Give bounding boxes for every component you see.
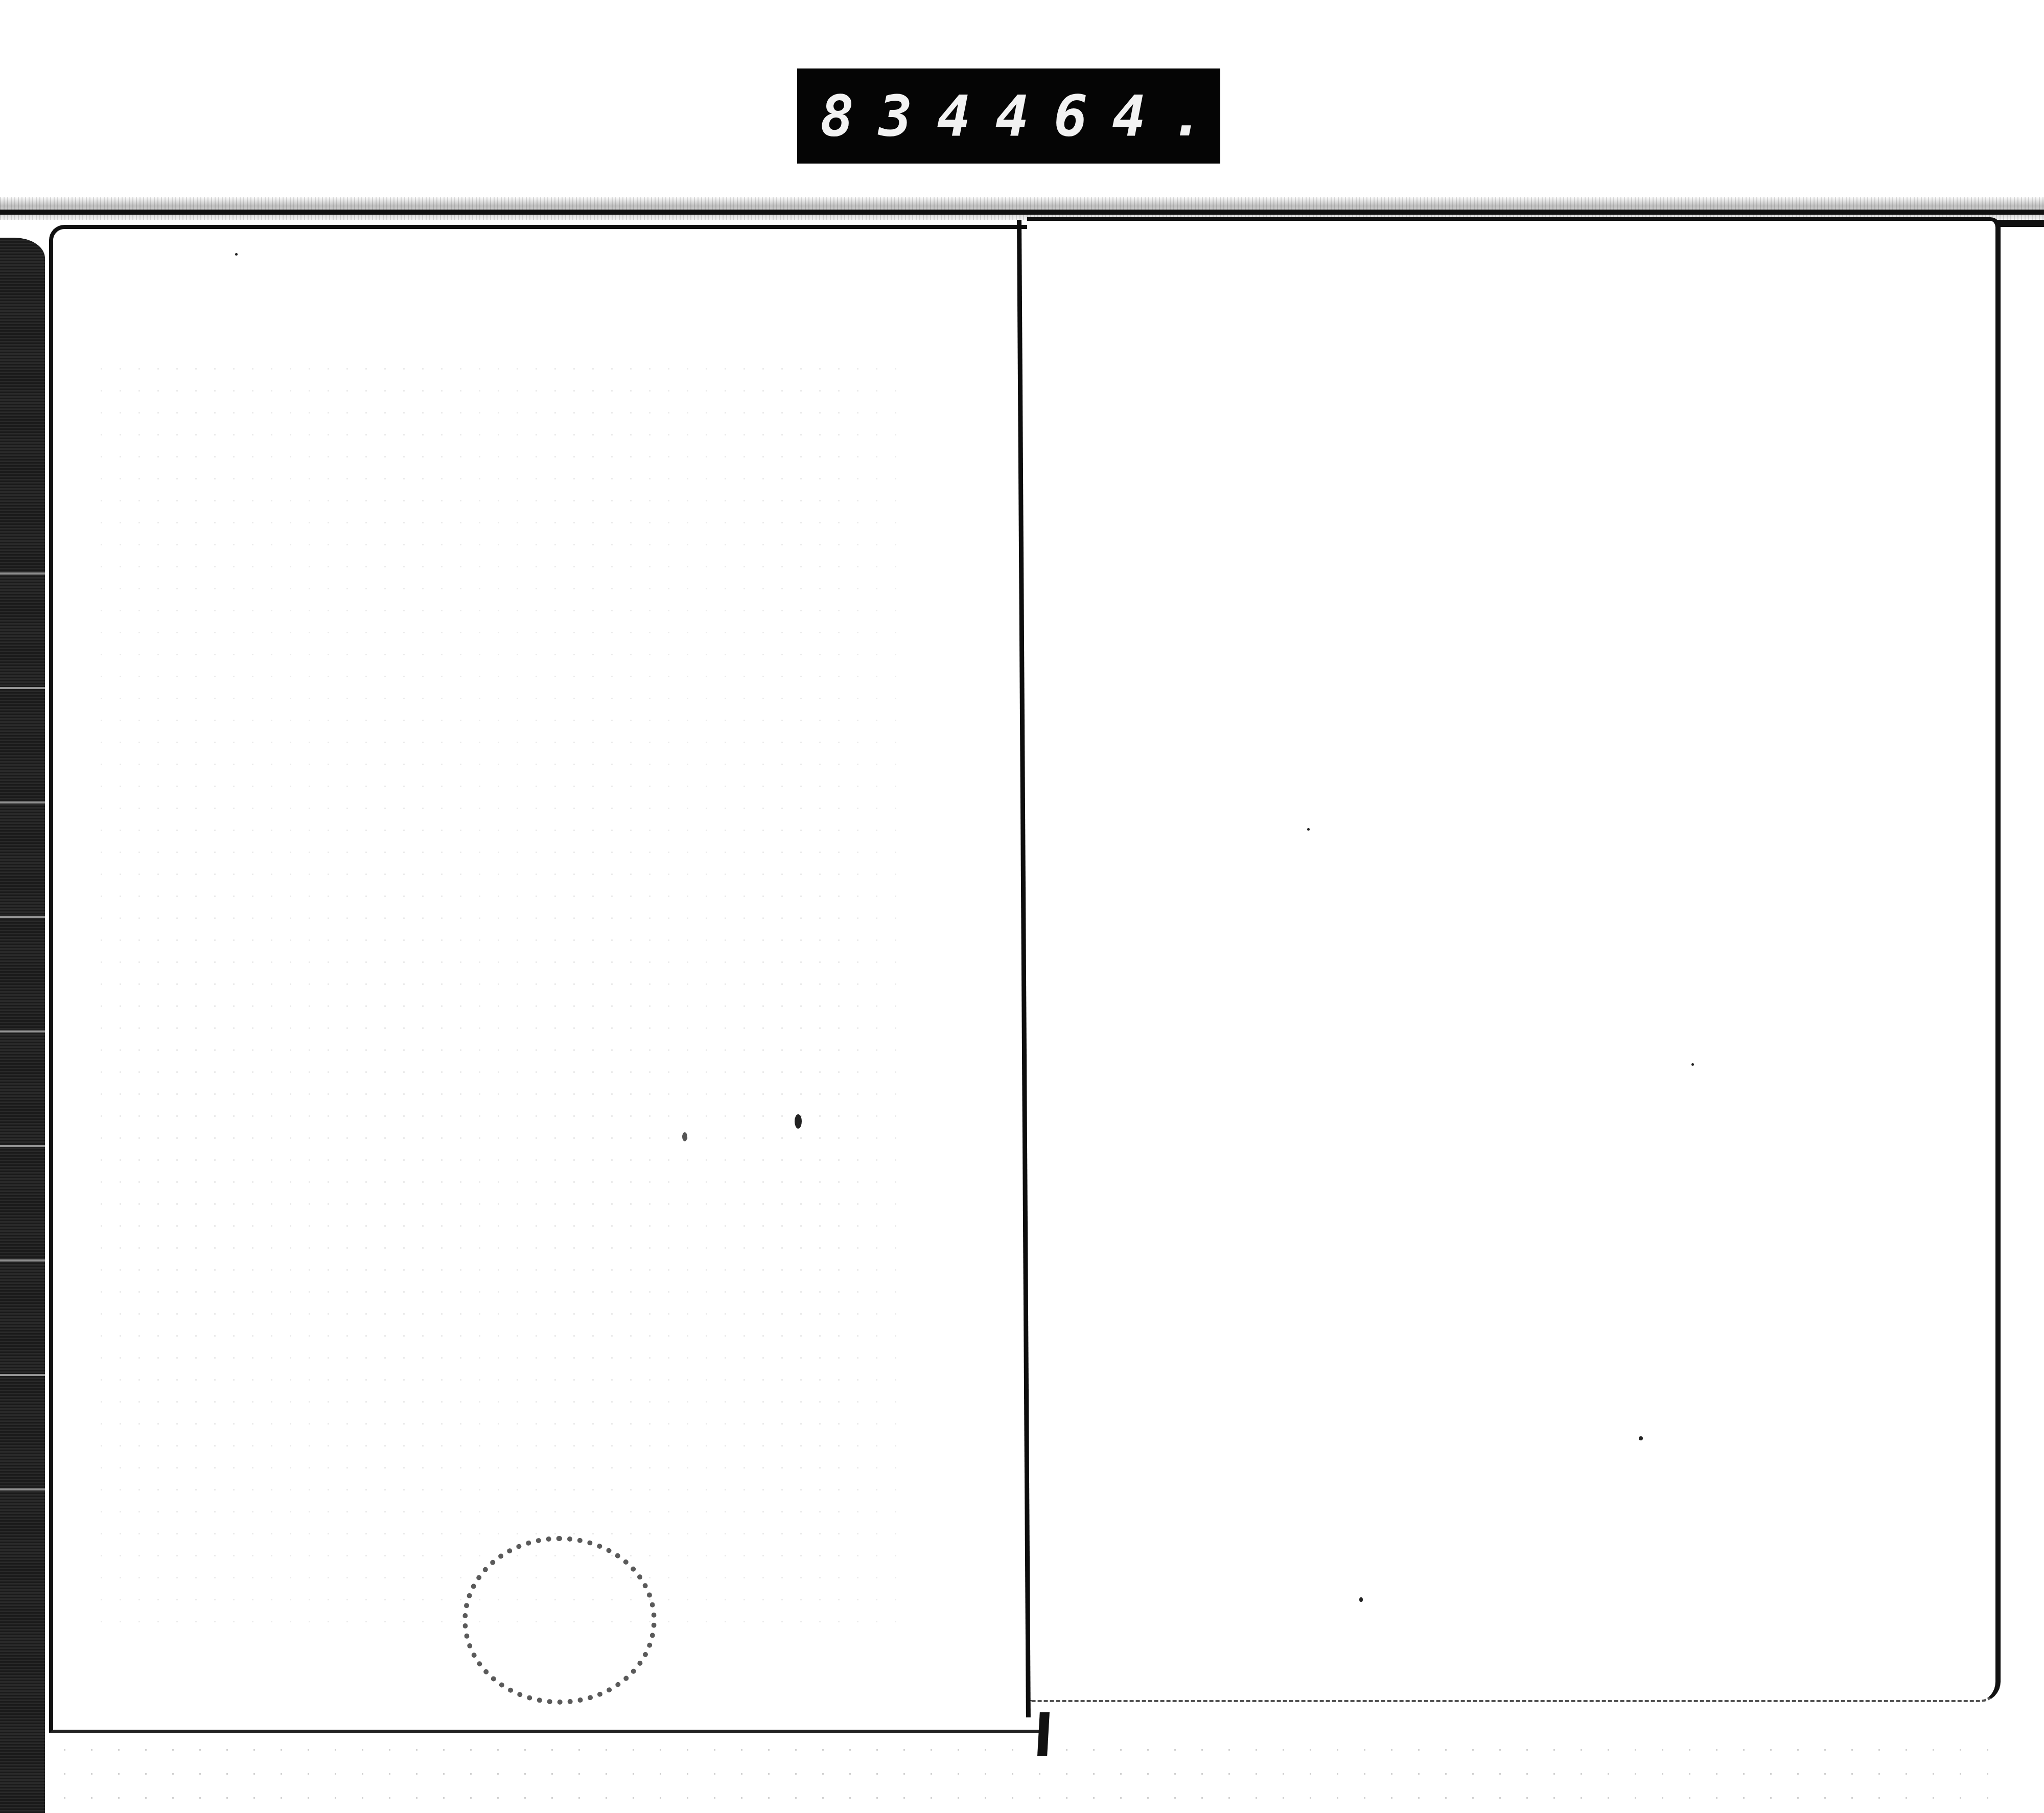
ink-speck <box>1307 828 1310 831</box>
left-page-show-through <box>92 358 910 1636</box>
scan-label-left-number: 834 <box>820 83 995 149</box>
ink-speck <box>795 1114 802 1129</box>
top-page-edge-line <box>0 210 2044 215</box>
top-edge-shadow <box>0 197 2044 220</box>
ink-speck <box>1639 1436 1643 1440</box>
right-page <box>1027 217 2001 1702</box>
ink-speck <box>1359 1597 1363 1602</box>
left-page-stack-stripes <box>0 460 45 1533</box>
ink-speck <box>682 1132 687 1141</box>
ink-speck <box>235 253 238 256</box>
library-stamp <box>462 1536 657 1705</box>
scan-number-label: 834 464. <box>797 68 1220 164</box>
scan-label-right-number: 464. <box>995 83 1229 149</box>
ink-speck <box>1691 1063 1694 1066</box>
bottom-scan-noise <box>51 1738 1993 1813</box>
